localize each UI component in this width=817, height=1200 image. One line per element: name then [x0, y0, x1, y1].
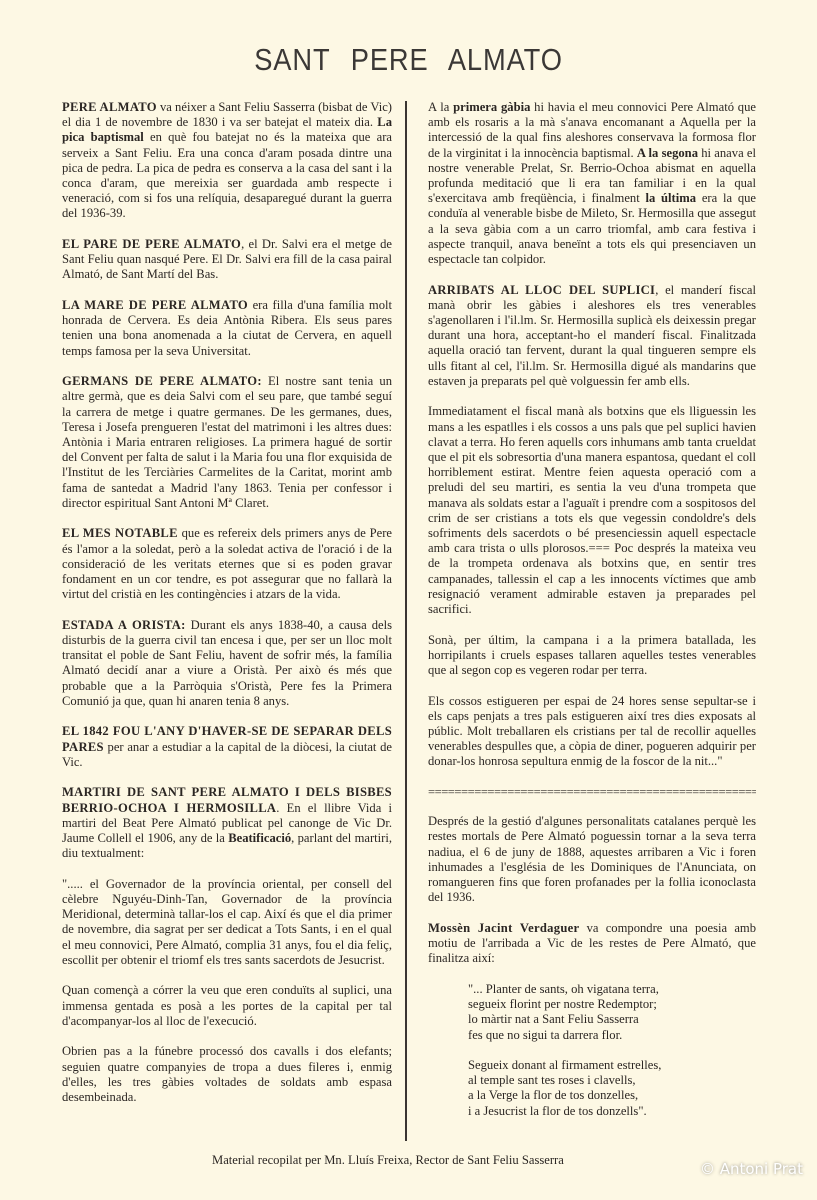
paragraph: Els cossos estigueren per espai de 24 ho… — [428, 694, 756, 770]
poem-line: i a Jesucrist la flor de tos donzells". — [468, 1104, 756, 1119]
paragraph: LA MARE DE PERE ALMATO era filla d'una f… — [62, 298, 392, 359]
paragraph: EL PARE DE PERE ALMATO, el Dr. Salvi era… — [62, 237, 392, 283]
section-heading: ARRIBATS AL LLOC DEL SUPLICI — [428, 283, 655, 297]
paragraph: Després de la gestió d'algunes personali… — [428, 814, 756, 905]
emphasis-text: A la segona — [637, 146, 698, 160]
footer-credit: Material recopilat per Mn. Lluís Freixa,… — [212, 1153, 564, 1168]
column-divider — [405, 101, 407, 1141]
poem-line: segueix florint per nostre Redemptor; — [468, 997, 756, 1012]
paragraph: EL 1842 FOU L'ANY D'HAVER-SE DE SEPARAR … — [62, 724, 392, 770]
body-text: Obrien pas a la fúnebre processó dos cav… — [62, 1044, 392, 1104]
poem-line: lo màrtir nat a Sant Feliu Sasserra — [468, 1012, 756, 1027]
paragraph: Obrien pas a la fúnebre processó dos cav… — [62, 1044, 392, 1105]
body-text: A la — [428, 100, 453, 114]
stanza-gap — [468, 1043, 756, 1058]
body-text: Després de la gestió d'algunes personali… — [428, 814, 756, 904]
right-column: A la primera gàbia hi havia el meu conno… — [428, 100, 756, 1134]
section-heading: EL PARE DE PERE ALMATO — [62, 237, 241, 251]
body-text: El nostre sant tenia un altre germà, que… — [62, 374, 392, 510]
copyright-watermark: © Antoni Prat — [700, 1160, 803, 1178]
body-text: per anar a estudiar a la capital de la d… — [62, 740, 392, 769]
paragraph: PERE ALMATO va néixer a Sant Feliu Sasse… — [62, 100, 392, 222]
paragraph: Mossèn Jacint Verdaguer va compondre una… — [428, 921, 756, 967]
paragraph: ARRIBATS AL LLOC DEL SUPLICI, el manderí… — [428, 283, 756, 389]
paragraph: "..... el Governador de la província ori… — [62, 877, 392, 968]
paragraph: ESTADA A ORISTA: Durant els anys 1838-40… — [62, 618, 392, 709]
section-heading: ESTADA A ORISTA: — [62, 618, 186, 632]
poem-line: Segueix donant al firmament estrelles, — [468, 1058, 756, 1073]
section-separator: ========================================… — [428, 785, 756, 800]
body-text: Els cossos estigueren per espai de 24 ho… — [428, 694, 756, 769]
paragraph: A la primera gàbia hi havia el meu conno… — [428, 100, 756, 267]
section-heading: EL MES NOTABLE — [62, 526, 178, 540]
paragraph: EL MES NOTABLE que es refereix dels prim… — [62, 526, 392, 602]
section-heading: LA MARE DE PERE ALMATO — [62, 298, 248, 312]
poem-line: a la Verge la flor de tos donzelles, — [468, 1088, 756, 1103]
page-title: SANT PERE ALMATO — [49, 42, 768, 78]
body-text: Immediatament el fiscal manà als botxins… — [428, 404, 756, 616]
section-heading: GERMANS DE PERE ALMATO: — [62, 374, 262, 388]
body-text: Quan començà a córrer la veu que eren co… — [62, 983, 392, 1027]
poem-line: "... Planter de sants, oh vigatana terra… — [468, 982, 756, 997]
paragraph: Immediatament el fiscal manà als botxins… — [428, 404, 756, 617]
body-text: "..... el Governador de la província ori… — [62, 877, 392, 967]
paragraph: Quan començà a córrer la veu que eren co… — [62, 983, 392, 1029]
paragraph: MARTIRI DE SANT PERE ALMATO I DELS BISBE… — [62, 785, 392, 861]
body-text: , el manderí fiscal manà obrir les gàbie… — [428, 283, 756, 388]
poem-line: al temple sant tes roses i clavells, — [468, 1073, 756, 1088]
paragraph: Sonà, per últim, la campana i a la prime… — [428, 633, 756, 679]
emphasis-text: primera gàbia — [453, 100, 530, 114]
paragraph: GERMANS DE PERE ALMATO: El nostre sant t… — [62, 374, 392, 511]
emphasis-text: la última — [645, 191, 696, 205]
section-heading: PERE ALMATO — [62, 100, 157, 114]
emphasis-text: Beatificació — [228, 831, 291, 845]
poem-line: fes que no sigui ta darrera flor. — [468, 1028, 756, 1043]
body-text: Sonà, per últim, la campana i a la prime… — [428, 633, 756, 677]
section-heading: Mossèn Jacint Verdaguer — [428, 921, 579, 935]
poem: "... Planter de sants, oh vigatana terra… — [468, 982, 756, 1119]
left-column: PERE ALMATO va néixer a Sant Feliu Sasse… — [62, 100, 392, 1121]
